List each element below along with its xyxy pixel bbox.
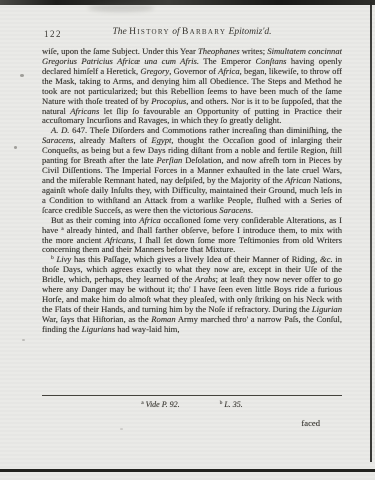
catchword-row: faced bbox=[42, 418, 342, 428]
footnote: a Vide P. 92. bbox=[141, 400, 179, 409]
paragraph: But as their coming into Africa occaſion… bbox=[42, 216, 342, 256]
running-title-of: of bbox=[170, 27, 182, 37]
running-title-barbary: Barbary bbox=[182, 27, 226, 37]
scan-speck bbox=[22, 339, 25, 341]
scan-speck bbox=[14, 146, 17, 149]
paragraph: A. D. 647. Theſe Diſorders and Commotion… bbox=[42, 126, 342, 215]
footnote-rule bbox=[42, 395, 342, 396]
scan-smudge bbox=[88, 4, 154, 12]
scan-edge-bottom bbox=[0, 469, 375, 472]
scan-edge-right bbox=[370, 2, 372, 462]
running-title-history: History bbox=[129, 27, 170, 37]
paragraph: wiſe, upon the ſame Subject. Under this … bbox=[42, 47, 342, 126]
running-title: The History of Barbary Epitomiz'd. bbox=[42, 27, 342, 37]
page-number: 122 bbox=[44, 29, 62, 39]
footnote: b L. 35. bbox=[220, 400, 243, 409]
page-content: 122 The History of Barbary Epitomiz'd. w… bbox=[42, 27, 342, 428]
scan-speck bbox=[20, 74, 24, 77]
scanned-book-page: 122 The History of Barbary Epitomiz'd. w… bbox=[0, 0, 375, 480]
paragraph: b Livy has this Paſſage, which gives a l… bbox=[42, 255, 342, 334]
scan-edge-top bbox=[0, 0, 375, 5]
catchword: faced bbox=[301, 418, 320, 428]
scan-speck bbox=[120, 428, 123, 430]
page-header: 122 The History of Barbary Epitomiz'd. bbox=[42, 27, 342, 40]
running-title-epitomizd: Epitomiz'd. bbox=[226, 27, 271, 37]
body-text: wiſe, upon the ſame Subject. Under this … bbox=[42, 47, 342, 393]
running-title-the: The bbox=[112, 27, 129, 37]
footnotes: a Vide P. 92.b L. 35. bbox=[42, 400, 342, 409]
